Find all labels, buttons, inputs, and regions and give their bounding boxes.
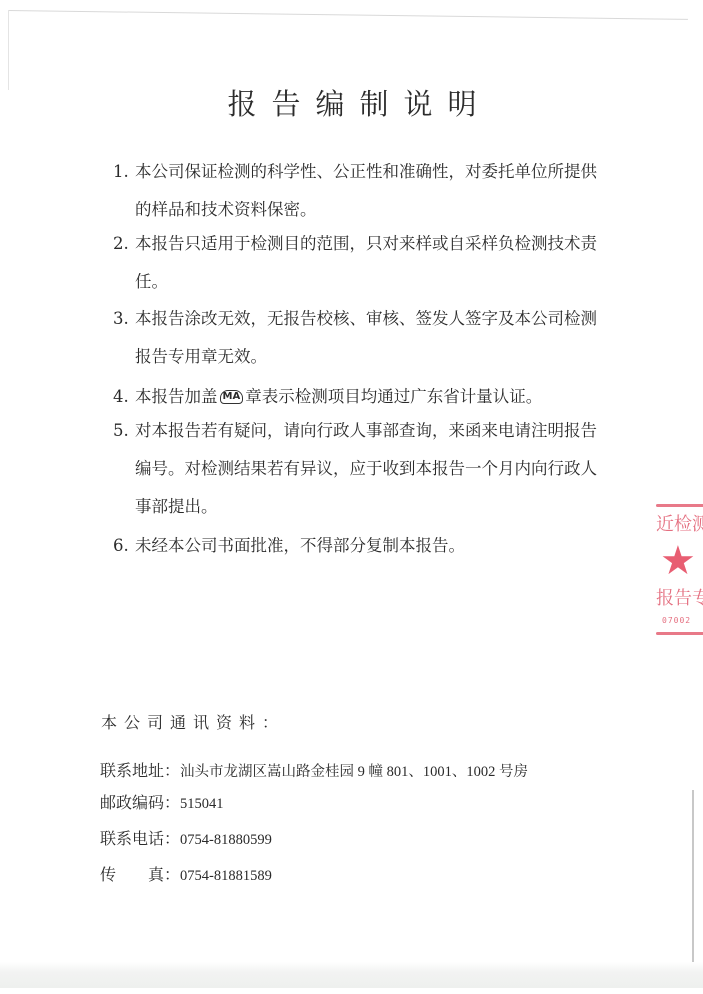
contact-address: 联系地址：汕头市龙湖区嵩山路金桂园 9 幢 801、1001、1002 号房 (100, 758, 528, 781)
note-text-line: 未经本公司书面批准，不得部分复制本报告。 (135, 536, 465, 555)
note-text-line: 本报告只适用于检测目的范围，只对来样或自采样负检测技术责 (135, 234, 597, 253)
postcode-label: 邮政编码： (100, 793, 180, 812)
contact-phone: 联系电话：0754-81880599 (100, 826, 272, 849)
note-text-line: 任。 (113, 263, 597, 301)
scan-bottom-shade (0, 962, 703, 988)
stamp-code: 07002 (662, 616, 691, 625)
phone-value: 0754-81880599 (180, 832, 272, 848)
stamp-bottom-text: 报告专 (656, 584, 703, 610)
note-number: 6. (113, 527, 135, 565)
note-item-1: 1.本公司保证检测的科学性、公正性和准确性，对委托单位所提供 的样品和技术资料保… (113, 153, 597, 229)
fax-label-right: 真： (148, 865, 180, 884)
fax-value: 0754-81881589 (180, 868, 272, 884)
note-text-line: 本公司保证检测的科学性、公正性和准确性，对委托单位所提供 (135, 162, 597, 181)
note-text-line: 对本报告若有疑问，请向行政人事部查询，来函来电请注明报告 (135, 421, 597, 440)
scan-border-top (8, 10, 688, 20)
cma-mark-icon: MA (220, 390, 244, 404)
contact-fax: 传真：0754-81881589 (100, 862, 272, 885)
address-value: 汕头市龙湖区嵩山路金桂园 9 幢 801、1001、1002 号房 (180, 764, 528, 780)
note-number: 2. (113, 225, 135, 263)
page-title: 报告编制说明 (0, 82, 703, 123)
note-item-2: 2.本报告只适用于检测目的范围，只对来样或自采样负检测技术责 任。 (113, 225, 597, 301)
stamp-bar-bottom (656, 632, 703, 635)
note-item-6: 6.未经本公司书面批准，不得部分复制本报告。 (113, 527, 465, 565)
star-icon: ★ (660, 541, 696, 581)
note-text-line: 事部提出。 (113, 488, 597, 526)
note-number: 1. (113, 153, 135, 191)
scan-border-left (8, 10, 9, 90)
scan-border-right (692, 790, 694, 980)
contact-postcode: 邮政编码：515041 (100, 790, 224, 813)
note-item-4: 4.本报告加盖MA章表示检测项目均通过广东省计量认证。 (113, 378, 542, 416)
stamp-bar-top (656, 504, 703, 507)
address-label: 联系地址： (100, 761, 180, 780)
note-number: 5. (113, 412, 135, 450)
note-item-5: 5.对本报告若有疑问，请向行政人事部查询，来函来电请注明报告 编号。对检测结果若… (113, 412, 597, 526)
note-text-line: 编号。对检测结果若有异议，应于收到本报告一个月内向行政人 (113, 450, 597, 488)
note-item-3: 3.本报告涂改无效，无报告校核、审核、签发人签字及本公司检测 报告专用章无效。 (113, 300, 597, 376)
phone-label: 联系电话： (100, 829, 180, 848)
note-text-line: 报告专用章无效。 (113, 338, 597, 376)
stamp-top-text: 近检测 (656, 510, 703, 536)
official-stamp: 近检测 ★ 报告专 07002 (652, 496, 703, 646)
note-number: 3. (113, 300, 135, 338)
note-text: 章表示检测项目均通过广东省计量认证。 (245, 387, 542, 406)
note-text: 本报告加盖 (135, 387, 218, 406)
contact-heading: 本公司通讯资料： (101, 710, 285, 733)
postcode-value: 515041 (180, 796, 224, 812)
note-text-line: 的样品和技术资料保密。 (113, 191, 597, 229)
fax-label-left: 传 (100, 865, 116, 884)
note-text-line: 本报告涂改无效，无报告校核、审核、签发人签字及本公司检测 (135, 309, 597, 328)
note-number: 4. (113, 378, 135, 416)
